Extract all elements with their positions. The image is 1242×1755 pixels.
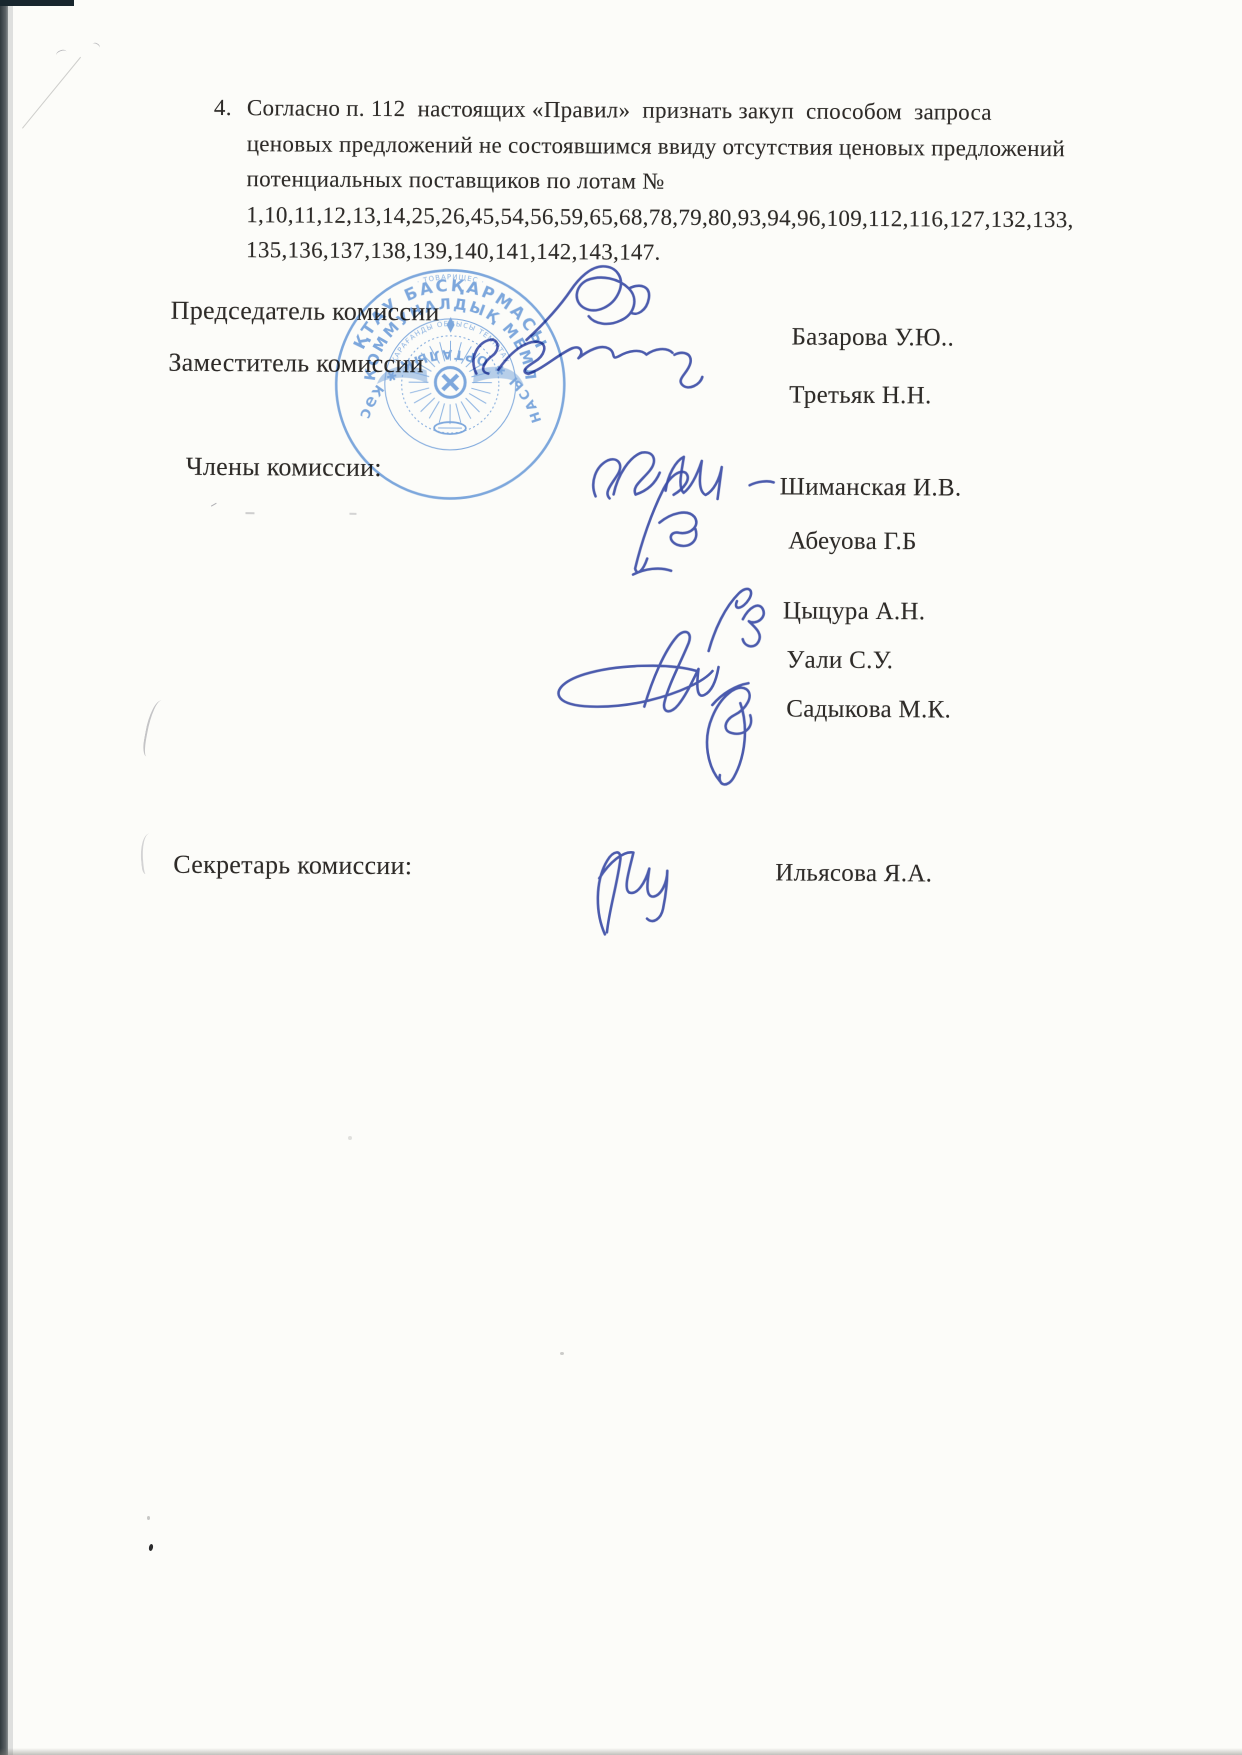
item4-line: Согласно п. 112 настоящих «Правил» призн… (247, 90, 1075, 131)
scan-smudge (245, 512, 254, 514)
name-shimanskaya: Шиманская И.В. (780, 473, 962, 502)
name-sadykova: Садыкова М.К. (786, 695, 951, 724)
signature-sadykova (707, 683, 752, 785)
scan-pen-mark (138, 833, 158, 874)
name-abeuova: Абеуова Г.Б (788, 527, 917, 556)
signature-shimanskaya (593, 452, 774, 499)
signature-abeuova (633, 471, 697, 574)
official-stamp: · ТОВАРИЩЕС · ҚТАУ БАСҚАРМАСЫ КОММУНАЛДЫ… (331, 265, 570, 504)
scan-smudge (349, 513, 356, 515)
document-sheet: 4. Согласно п. 112 настоящих «Правил» пр… (0, 0, 1242, 1755)
scan-pen-mark (141, 698, 169, 758)
name-bazarova: Базарова У.Ю.. (791, 323, 954, 352)
scanned-document-page: { "page": { "paper_color": "#fcfcf9", "t… (0, 0, 1242, 1755)
item4-number: 4. (214, 90, 232, 126)
item4-line: ценовых предложений не состоявшимся ввид… (247, 126, 1075, 167)
name-tretyak: Третьяк Н.Н. (789, 381, 932, 410)
name-ilyasova: Ильясова Я.А. (775, 859, 932, 888)
item4-line: потенциальных поставщиков по лотам № (246, 161, 1074, 202)
name-uali: Уали С.У. (787, 646, 894, 675)
item4-paragraph: Согласно п. 112 настоящих «Правил» призн… (246, 90, 1074, 273)
item4-line: 1,10,11,12,13,14,25,26,45,54,56,59,65,68… (246, 197, 1074, 238)
signature-ilyasova (598, 852, 668, 935)
role-secretary-label: Секретарь комиссии: (173, 850, 412, 881)
signature-uali (558, 631, 718, 712)
name-tsytsura: Цыцура А.Н. (783, 597, 926, 626)
signature-tsytsura (709, 589, 764, 652)
scan-smudge (211, 503, 218, 509)
